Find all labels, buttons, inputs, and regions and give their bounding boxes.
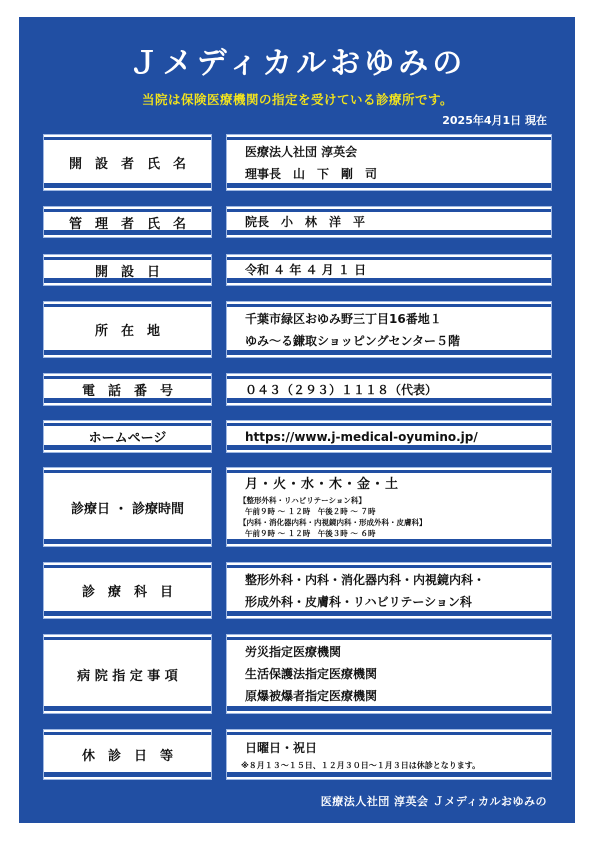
label-text: 電 話 番 号 [82,380,173,399]
label-consultation-hours: 診療日 ・ 診療時間 [43,467,212,547]
value-line: 形成外科・皮膚科・リハビリテーション科 [245,591,551,613]
label-text: 管 理 者 氏 名 [69,213,186,232]
homepage-link[interactable]: https://www.j-medical-oyumino.jp/ [245,426,551,448]
clinic-title: Ｊメディカルおゆみの [0,38,595,82]
value-line: 労災指定医療機関 [245,641,551,663]
value-line: 生活保護法指定医療機関 [245,663,551,685]
label-departments: 診 療 科 目 [43,562,212,619]
value-homepage: https://www.j-medical-oyumino.jp/ [226,420,552,453]
value-opening-date: 令和 ４ 年 ４ 月 １ 日 [226,254,552,286]
label-designations: 病 院 指 定 事 項 [43,634,212,714]
label-text: 診療日 ・ 診療時間 [71,498,184,517]
dept-hours: 午前９時 ～ １２時 午後２時 ～ ７時 [245,506,551,517]
value-line: 日曜日・祝日 [241,737,551,759]
label-text: 所 在 地 [95,320,160,339]
value-designations: 労災指定医療機関 生活保護法指定医療機関 原爆被爆者指定医療機関 [226,634,552,714]
dept-group: 【内科・消化器内科・内視鏡内科・形成外科・皮膚科】 [239,517,551,528]
label-homepage: ホームページ [43,420,212,453]
label-founder: 開 設 者 氏 名 [43,134,212,191]
value-address: 千葉市緑区おゆみ野三丁目16番地１ ゆみ～る鎌取ショッピングセンター５階 [226,301,552,358]
label-text: 病 院 指 定 事 項 [77,665,178,684]
phone-number: ０４３（２９３）１１１８（代表） [245,379,551,401]
value-administrator: 院長 小 林 洋 平 [226,206,552,238]
label-text: 診 療 科 目 [82,581,173,600]
as-of-date: 2025年4月1日 現在 [442,112,547,128]
value-founder: 医療法人社団 淳英会 理事長 山 下 剛 司 [226,134,552,191]
value-line: 千葉市緑区おゆみ野三丁目16番地１ [245,308,551,330]
consultation-days: 月・火・水・木・金・土 [245,475,551,495]
value-line: 整形外科・内科・消化器内科・内視鏡内科・ [245,569,551,591]
value-departments: 整形外科・内科・消化器内科・内視鏡内科・ 形成外科・皮膚科・リハビリテーション科 [226,562,552,619]
closure-note: ※８月１３～１５日、１２月３０日～１月３日は休診となります。 [241,759,551,773]
label-phone: 電 話 番 号 [43,373,212,406]
value-consultation-hours: 月・火・水・木・金・土 【整形外科・リハビリテーション科】 午前９時 ～ １２時… [226,467,552,547]
label-text: 休 診 日 等 [82,745,173,764]
label-text: 開 設 日 [95,261,160,280]
label-closed-days: 休 診 日 等 [43,729,212,780]
value-closed-days: 日曜日・祝日 ※８月１３～１５日、１２月３０日～１月３日は休診となります。 [226,729,552,780]
value-line: 院長 小 林 洋 平 [245,211,551,233]
dept-group: 【整形外科・リハビリテーション科】 [239,495,551,506]
label-opening-date: 開 設 日 [43,254,212,286]
label-text: 開 設 者 氏 名 [69,153,186,172]
value-phone: ０４３（２９３）１１１８（代表） [226,373,552,406]
value-line: 令和 ４ 年 ４ 月 １ 日 [245,259,551,281]
insurance-notice: 当院は保険医療機関の指定を受けている診療所です。 [0,90,595,108]
value-line: 原爆被爆者指定医療機関 [245,685,551,707]
label-administrator: 管 理 者 氏 名 [43,206,212,238]
dept-hours: 午前９時 ～ １２時 午後３時 ～ ６時 [245,528,551,539]
label-text: ホームページ [89,427,167,446]
footer-org-name: 医療法人社団 淳英会 Ｊメディカルおゆみの [321,793,547,809]
label-address: 所 在 地 [43,301,212,358]
value-line: 理事長 山 下 剛 司 [245,163,551,185]
value-line: 医療法人社団 淳英会 [245,141,551,163]
value-line: ゆみ～る鎌取ショッピングセンター５階 [245,330,551,352]
